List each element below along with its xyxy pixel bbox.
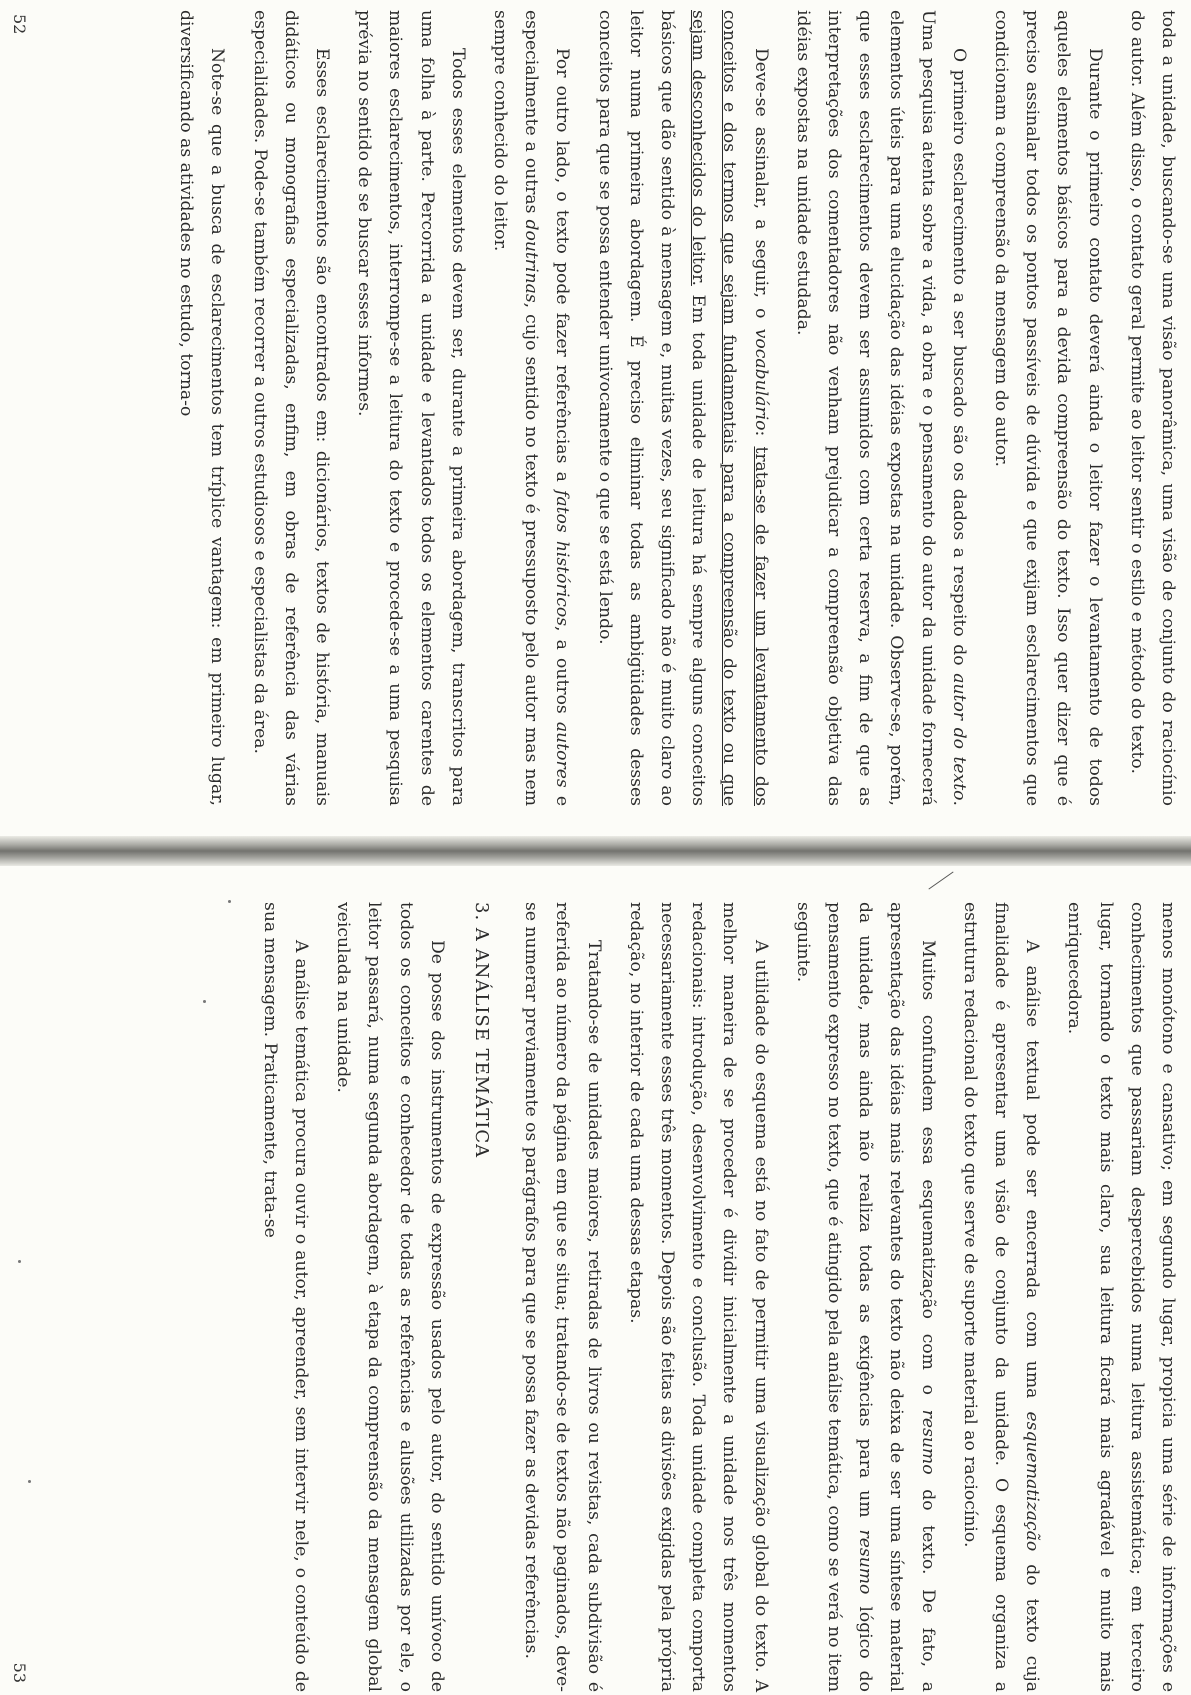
left-page: toda a unidade, buscando-se uma visão pa… [0,0,1191,836]
paragraph: Todos esses elementos devem ser, durante… [348,10,473,806]
text-run: Tratando-se de unidades maiores, retirad… [521,902,603,1692]
paragraph: A análise temática procura ouvir o autor… [254,902,316,1692]
text-run: A análise textual pode ser encerrada com… [1022,940,1042,1411]
text-run: Deve-se assinalar, a seguir, o [751,48,771,329]
text-run: : [751,430,771,446]
text-run: O primeiro esclarecimento a ser buscado … [949,48,969,673]
text-run: Note-se que a busca de esclarecimentos t… [176,10,227,806]
paragraph: Esses esclarecimentos são encontrados em… [243,10,337,806]
section-heading: 3. A ANÁLISE TEMÁTICA [466,902,497,1692]
page-number-right: 53 [10,1663,29,1683]
text-run: Muitos confundem essa esquematização com… [918,940,938,1410]
text-run: Por outro lado, o texto pode fazer refer… [552,48,572,490]
paragraph: A utilidade do esquema está no fato de p… [620,902,776,1692]
scan-speck [228,900,231,903]
text-run: toda a unidade, buscando-se uma visão pa… [1127,10,1178,806]
paragraph: Muitos confundem essa esquematização com… [787,902,943,1692]
scan-speck [203,1000,206,1003]
right-page-body: menos monótono e cansativo; em segundo l… [254,902,1183,1692]
text-run: A utilidade do esquema está no fato de p… [626,902,771,1692]
right-page: menos monótono e cansativo; em segundo l… [0,866,1191,1695]
italic-term: fatos históricos [552,490,572,626]
text-run: , a outros [552,626,572,722]
italic-term: vocabulário [751,329,771,431]
italic-term: autor do texto [949,673,969,800]
italic-term: esquematização [1022,1411,1042,1551]
paragraph: A análise textual pode ser encerrada com… [954,902,1048,1692]
right-page-paragraphs-before-heading: menos monótono e cansativo; em segundo l… [515,902,1183,1692]
text-run: . Uma pesquisa atenta sobre a vida, a ob… [793,10,969,806]
paragraph: Deve-se assinalar, a seguir, o vocabulár… [588,10,775,806]
text-run: De posse dos instrumentos de expressão u… [333,902,447,1692]
paragraph: Tratando-se de unidades maiores, retirad… [515,902,609,1692]
right-page-paragraphs-after-heading: De posse dos instrumentos de expressão u… [254,902,452,1692]
paragraph: Note-se que a busca de esclarecimentos t… [170,10,232,806]
italic-term: autores [552,722,572,788]
text-run: Todos esses elementos devem ser, durante… [354,10,468,806]
text-run: Esses esclarecimentos são encontrados em… [250,10,332,806]
scan-speck [28,1480,31,1483]
page-number-left: 52 [10,14,29,34]
text-run: menos monótono e cansativo; em segundo l… [1064,902,1178,1692]
paragraph: O primeiro esclarecimento a ser buscado … [787,10,974,806]
left-page-body: toda a unidade, buscando-se uma visão pa… [170,10,1183,806]
italic-term: resumo [855,1529,875,1594]
paragraph: De posse dos instrumentos de expressão u… [327,902,452,1692]
text-run: Durante o primeiro contato deverá ainda … [991,10,1105,806]
italic-term: resumo [918,1410,938,1475]
paragraph: Por outro lado, o texto pode fazer refer… [484,10,578,806]
text-run: A análise temática procura ouvir o autor… [260,902,311,1692]
paragraph: menos monótono e cansativo; em segundo l… [1058,902,1183,1692]
italic-term: doutrinas [521,219,541,302]
scan-speck [18,1260,21,1263]
book-spread: toda a unidade, buscando-se uma visão pa… [0,0,1191,1695]
book-gutter-shadow [0,836,1191,866]
paragraph: Durante o primeiro contato deverá ainda … [985,10,1110,806]
paragraph: toda a unidade, buscando-se uma visão pa… [1121,10,1183,806]
